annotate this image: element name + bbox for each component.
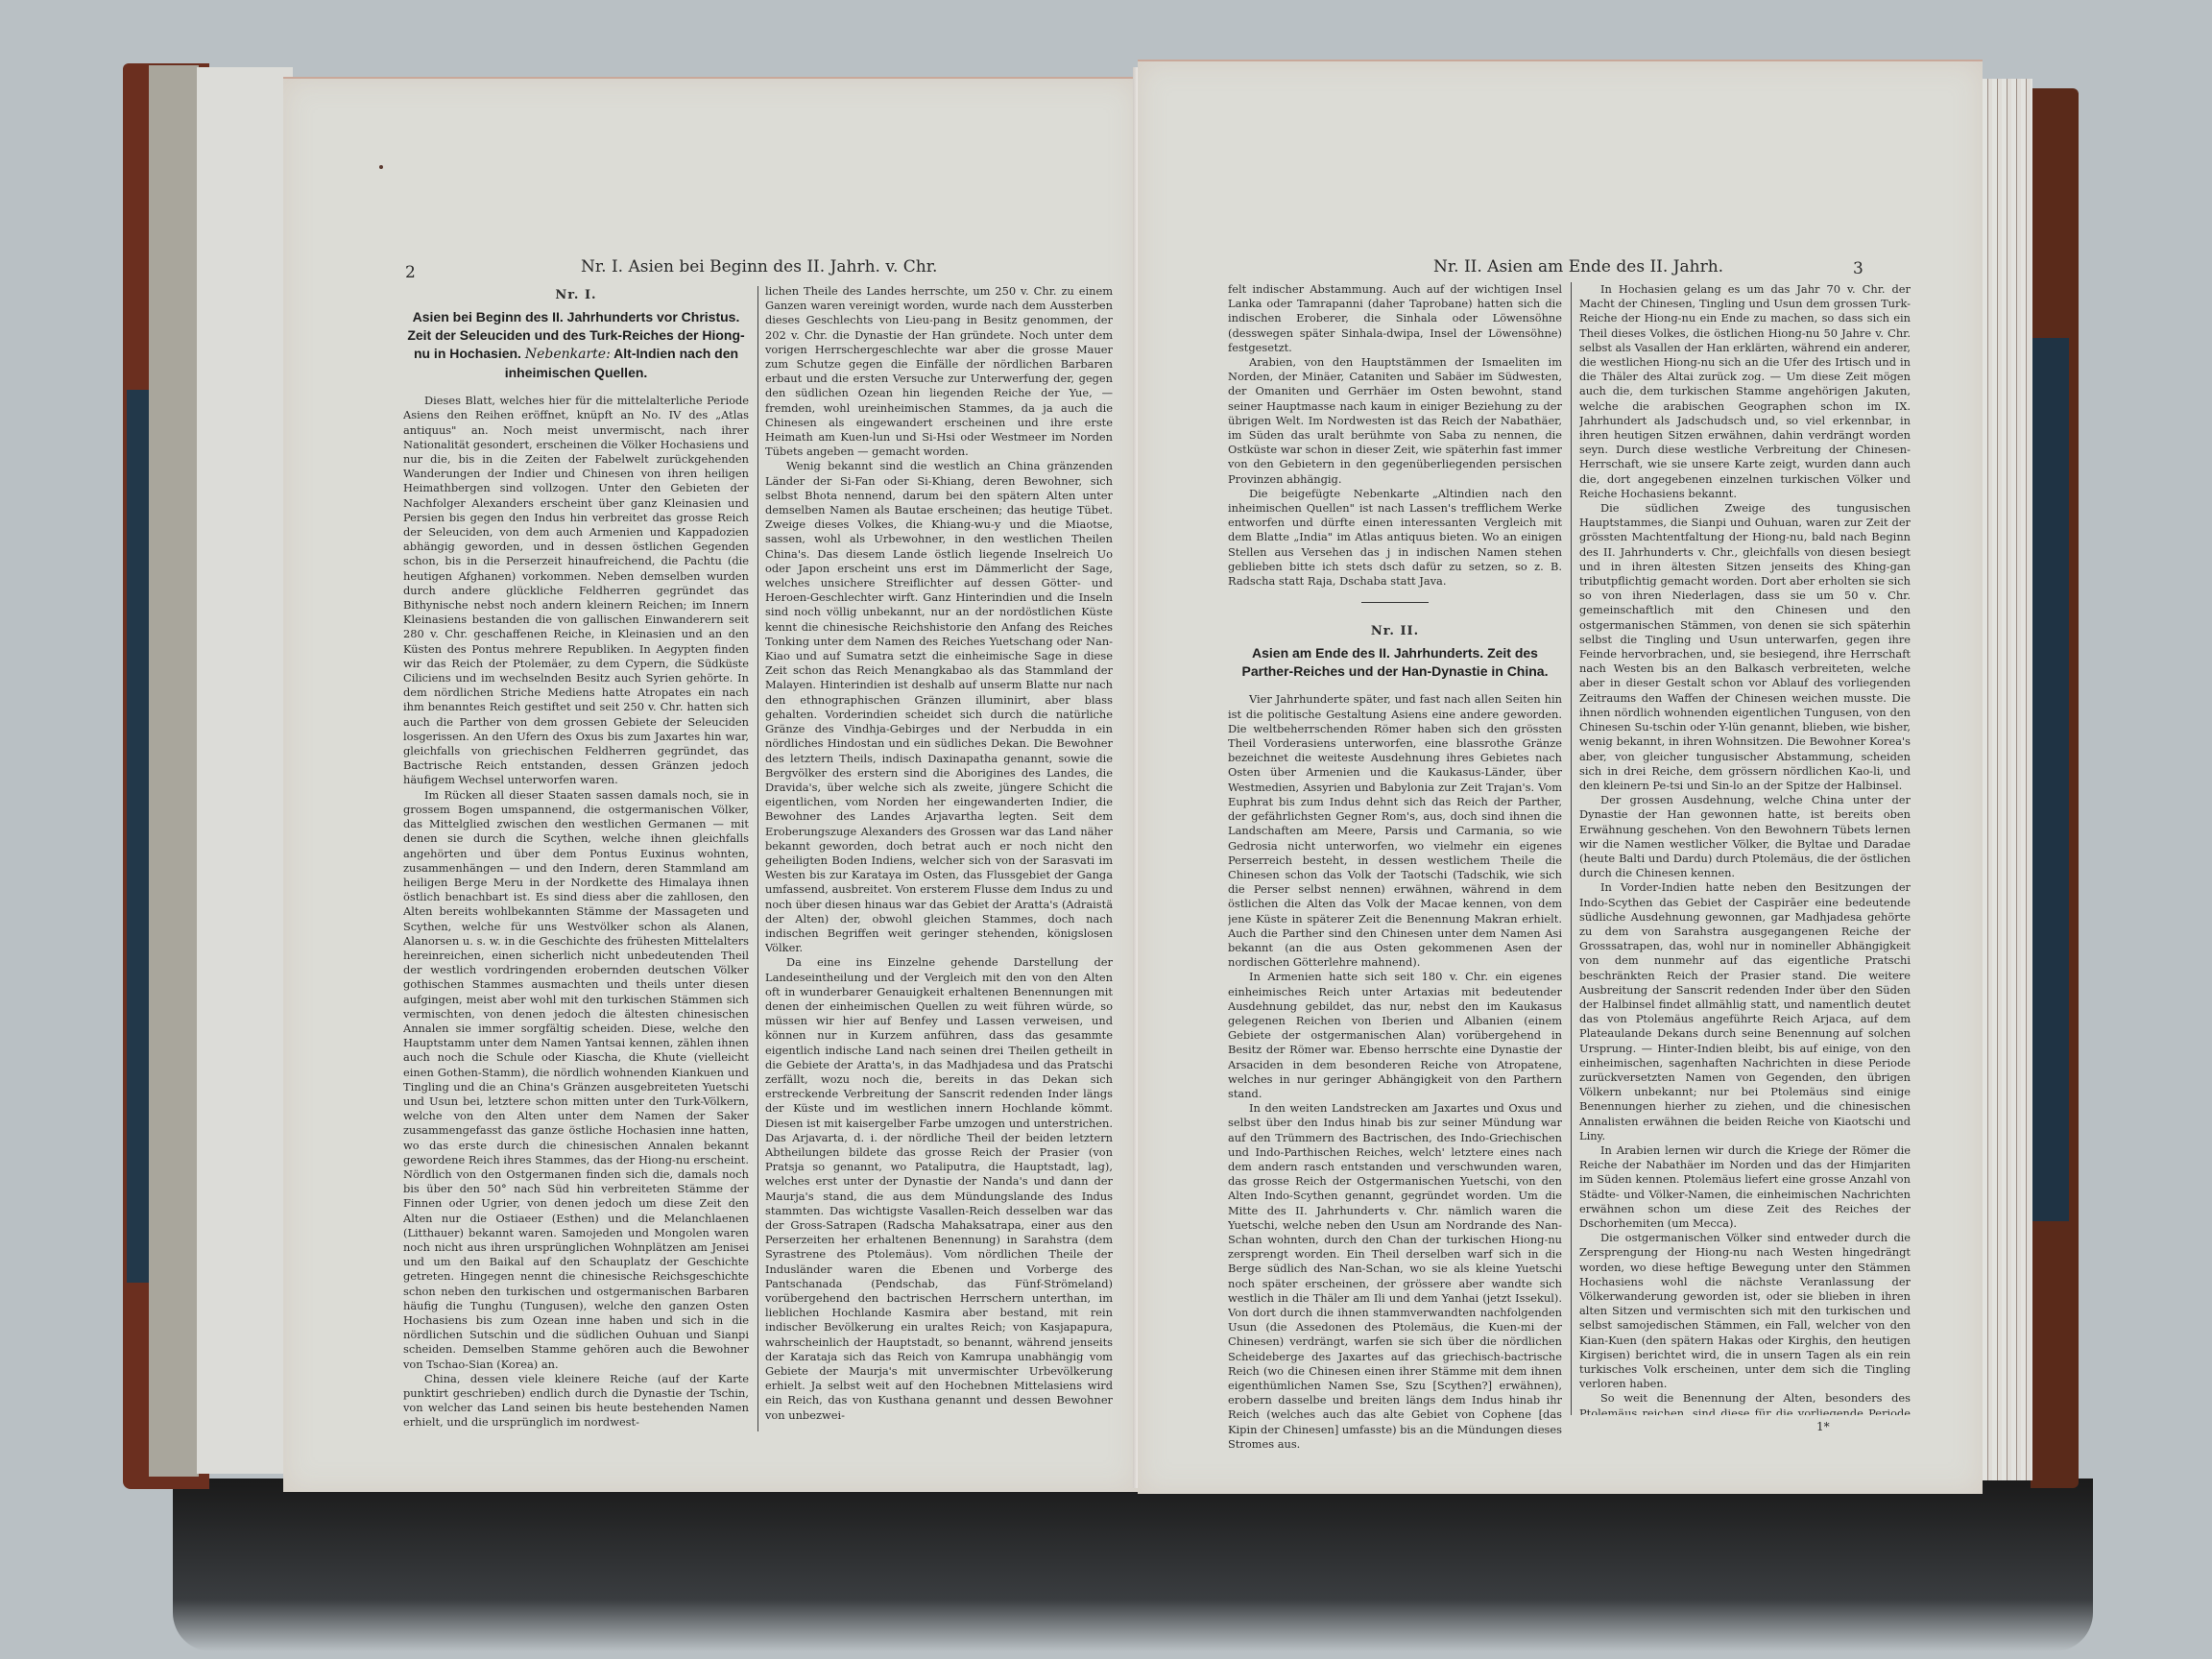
right-page: Nr. II. Asien am Ende des II. Jahrh. 3 f… <box>1138 60 1983 1494</box>
paragraph: In Arabien lernen wir durch die Kriege d… <box>1579 1143 1911 1231</box>
paragraph: In Armenien hatte sich seit 180 v. Chr. … <box>1228 970 1562 1101</box>
page-number: 3 <box>1853 259 1863 278</box>
paragraph: Die beigefügte Nebenkarte „Altindien nac… <box>1228 487 1562 589</box>
paragraph: In Vorder-Indien hatte neben den Besitzu… <box>1579 880 1911 1143</box>
right-cover-cloth <box>2031 338 2069 1221</box>
paragraph: lichen Theile des Landes herrschte, um 2… <box>765 284 1113 459</box>
page-number: 2 <box>405 263 416 282</box>
right-cover-board <box>2031 88 2079 1488</box>
paragraph: In den weiten Landstrecken am Jaxartes u… <box>1228 1101 1562 1452</box>
running-head: Nr. II. Asien am Ende des II. Jahrh. <box>1433 257 1723 276</box>
paragraph: Wenig bekannt sind die westlich an China… <box>765 459 1113 955</box>
column-rule <box>757 286 758 1431</box>
signature-mark: 1* <box>1816 1420 1830 1433</box>
paragraph: Dieses Blatt, welches hier für die mitte… <box>403 394 749 787</box>
paragraph: Arabien, von den Hauptstämmen der Ismael… <box>1228 355 1562 487</box>
flyleaf <box>197 67 293 1474</box>
running-head: Nr. I. Asien bei Beginn des II. Jahrh. v… <box>581 257 937 276</box>
foxing-spot <box>379 165 383 169</box>
paragraph: Die ostgermanischen Völker sind entweder… <box>1579 1231 1911 1391</box>
paragraph: Da eine ins Einzelne gehende Darstellung… <box>765 955 1113 1423</box>
book-shadow <box>173 1479 2093 1651</box>
paragraph: felt indischer Abstammung. Auch auf der … <box>1228 282 1562 355</box>
page-edges-stack <box>1983 79 2032 1480</box>
nebenkarte-label: Nebenkarte: <box>525 347 611 362</box>
left-page: 2 Nr. I. Asien bei Beginn des II. Jahrh.… <box>283 77 1138 1492</box>
section-separator <box>1361 602 1429 603</box>
right-page-column-1: felt indischer Abstammung. Auch auf der … <box>1228 282 1562 1473</box>
paragraph: Die südlichen Zweige des tungusischen Ha… <box>1579 501 1911 793</box>
paragraph: Vier Jahrhunderte später, und fast nach … <box>1228 692 1562 970</box>
section-title: Asien am Ende des II. Jahrhunderts. Zeit… <box>1228 644 1562 681</box>
left-page-column-2: lichen Theile des Landes herrschte, um 2… <box>765 284 1113 1432</box>
section-number: Nr. I. <box>403 288 749 302</box>
right-page-column-2: In Hochasien gelang es um das Jahr 70 v.… <box>1579 282 1911 1415</box>
section-title: Asien bei Beginn des II. Jahrhunderts vo… <box>403 308 749 382</box>
paragraph: China, dessen viele kleinere Reiche (auf… <box>403 1372 749 1431</box>
paragraph: In Hochasien gelang es um das Jahr 70 v.… <box>1579 282 1911 501</box>
paragraph: Der grossen Ausdehnung, welche China unt… <box>1579 793 1911 880</box>
paragraph: Im Rücken all dieser Staaten sassen dama… <box>403 788 749 1372</box>
paragraph: So weit die Benennung der Alten, besonde… <box>1579 1391 1911 1415</box>
section-number: Nr. II. <box>1228 624 1562 638</box>
left-page-column-1: Nr. I. Asien bei Beginn des II. Jahrhund… <box>403 286 749 1438</box>
endpaper <box>149 65 199 1477</box>
column-rule <box>1571 282 1572 1415</box>
